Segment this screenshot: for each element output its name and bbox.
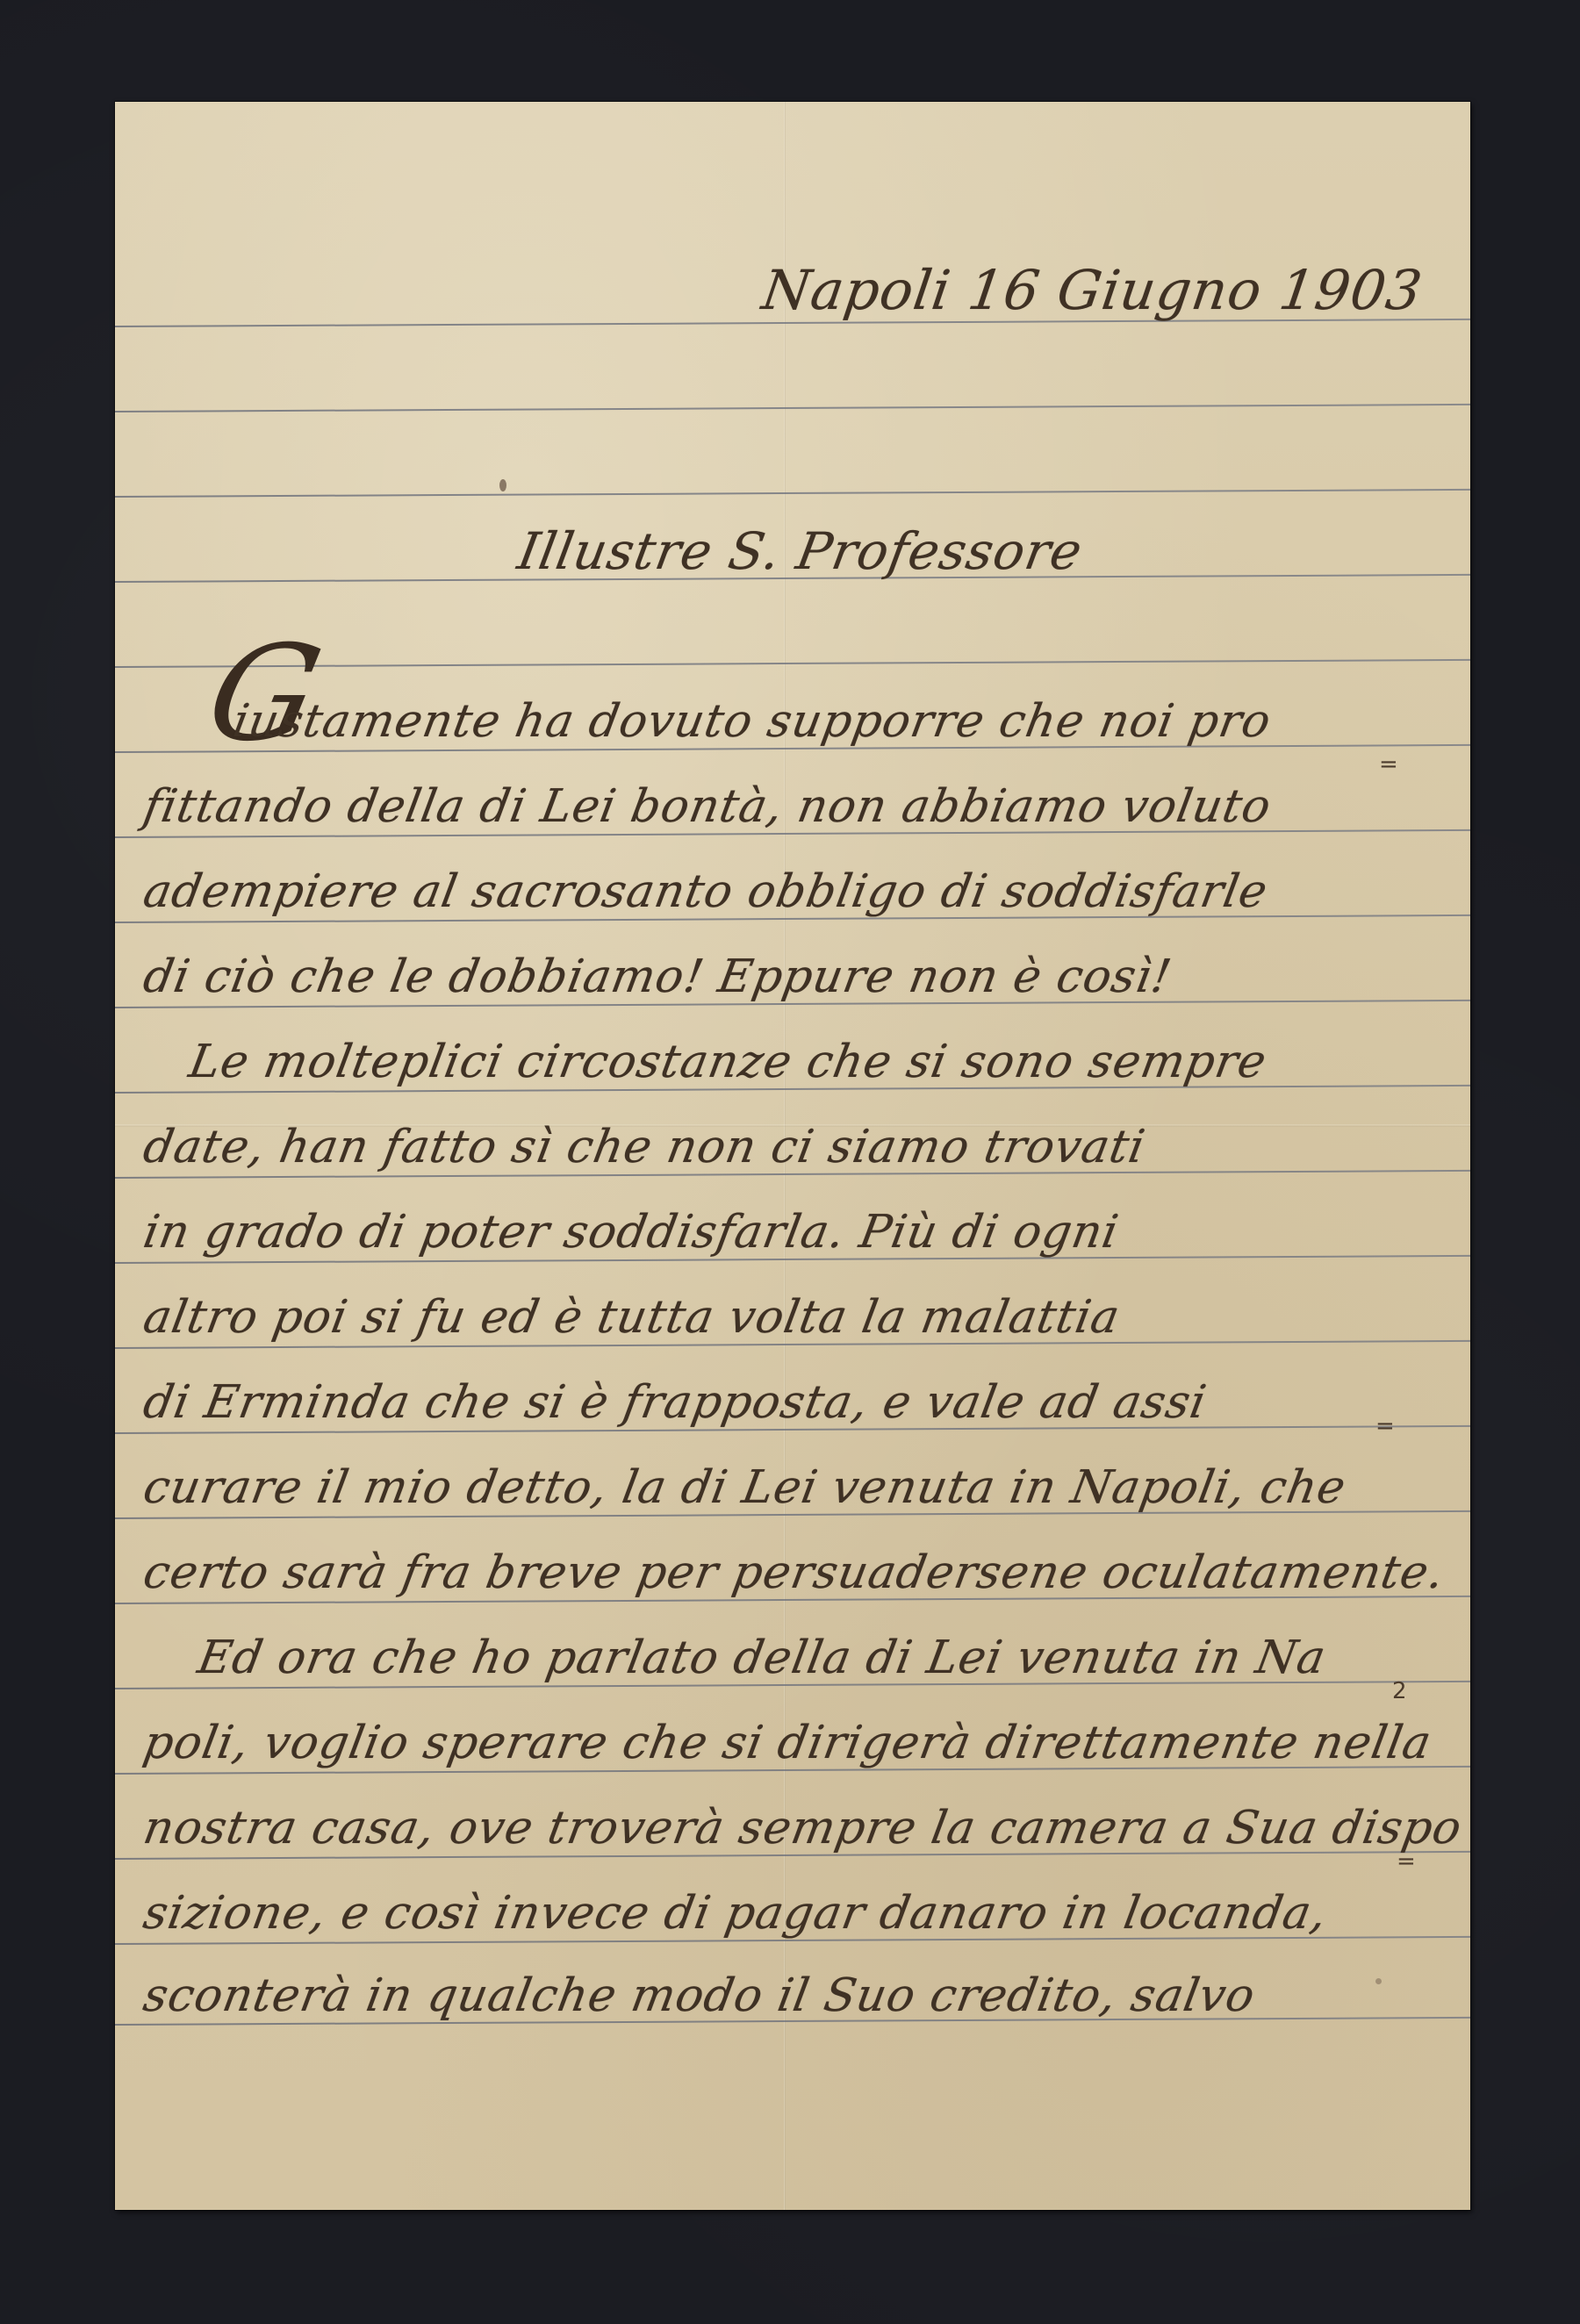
letter-sheet: Napoli 16 Giugno 1903 Illustre S. Profes… — [115, 102, 1470, 2210]
body-line-12: Ed ora che ho parlato della di Lei venut… — [194, 1632, 1330, 1684]
body-line-9: di Erminda che si è frapposta, e vale ad… — [140, 1376, 1210, 1429]
body-line-3: adempiere al sacrosanto obbligo di soddi… — [140, 865, 1272, 918]
body-line-13: poli, voglio sperare che si dirigerà dir… — [140, 1717, 1436, 1769]
body-line-5: Le molteplici circostanze che si sono se… — [185, 1036, 1271, 1088]
salutation: Illustre S. Professore — [513, 521, 1087, 581]
place-date-line: Napoli 16 Giugno 1903 — [758, 258, 1426, 322]
line-continuation-mark: 2 — [1392, 1678, 1407, 1704]
line-continuation-mark: = — [1379, 751, 1398, 778]
line-continuation-mark: = — [1397, 1848, 1416, 1875]
body-line-6: date, han fatto sì che non ci siamo trov… — [140, 1121, 1149, 1173]
body-line-4: di ciò che le dobbiamo! Eppure non è cos… — [140, 950, 1175, 1003]
line-continuation-mark: = — [1375, 1413, 1395, 1439]
ink-spot — [1375, 1978, 1382, 1984]
body-line-16: sconterà in qualche modo il Suo credito,… — [140, 1969, 1260, 2022]
body-line-14: nostra casa, ove troverà sempre la camer… — [140, 1802, 1466, 1854]
body-line-2: fittando della di Lei bontà, non abbiamo… — [140, 780, 1275, 833]
body-line-7: in grado di poter soddisfarla. Più di og… — [140, 1206, 1123, 1259]
ruled-line — [115, 489, 1470, 498]
ink-spot — [499, 479, 506, 491]
ruled-line — [115, 404, 1470, 412]
body-line-1: iustamente ha dovuto supporre che noi pr… — [229, 695, 1275, 748]
body-line-8: altro poi si fu ed è tutta volta la mala… — [140, 1291, 1124, 1344]
body-line-15: sizione, e così invece di pagar danaro i… — [140, 1887, 1332, 1940]
body-line-11: certo sarà fra breve per persuadersene o… — [140, 1546, 1448, 1599]
body-line-10: curare il mio detto, la di Lei venuta in… — [140, 1461, 1350, 1514]
